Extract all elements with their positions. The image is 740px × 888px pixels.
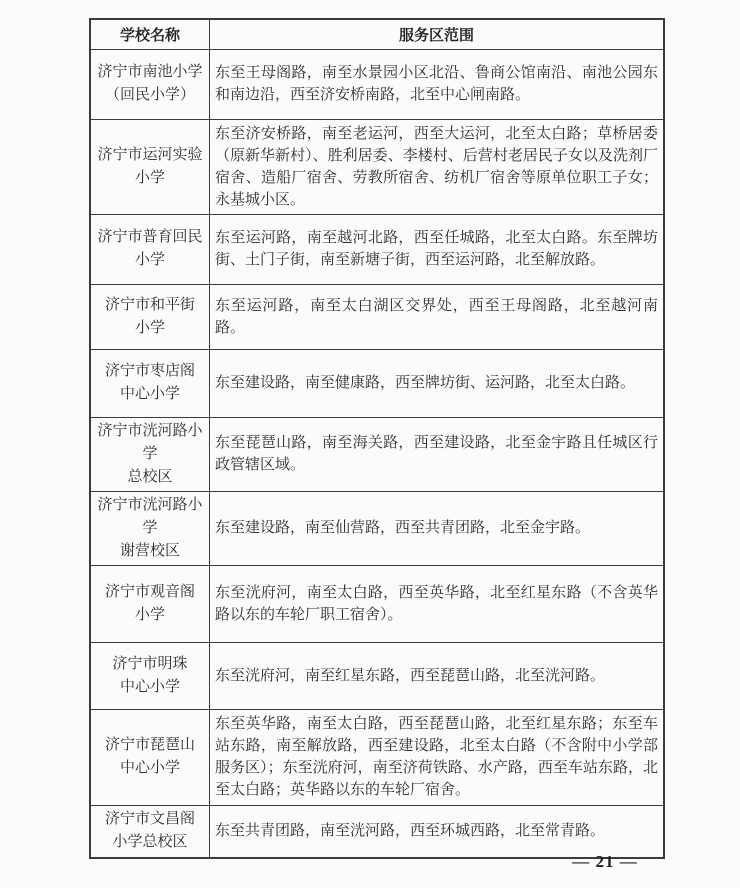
service-area-cell: 东至洸府河，南至红星东路，西至琵琶山路，北至洸河路。 (210, 642, 665, 709)
school-name-cell: 济宁市观音阁 小学 (90, 565, 210, 642)
table-header-row: 学校名称 服务区范围 (90, 19, 664, 49)
table-row: 济宁市洸河路小学 谢营校区 东至建设路，南至仙营路，西至共青团路，北至金宇路。 (90, 491, 664, 565)
school-name-cell: 济宁市枣店阁 中心小学 (90, 349, 210, 417)
table-row: 济宁市运河实验 小学 东至济安桥路，南至老运河，西至大运河，北至太白路；草桥居委… (90, 119, 664, 214)
service-area-cell: 东至共青团路，南至洸河路，西至环城西路，北至常青路。 (210, 805, 665, 858)
school-name-cell: 济宁市文昌阁 小学总校区 (90, 805, 210, 858)
service-area-cell: 东至运河路，南至越河北路，西至任城路，北至太白路。东至牌坊街、土门子街，南至新塘… (210, 214, 665, 284)
table-row: 济宁市枣店阁 中心小学 东至建设路，南至健康路，西至牌坊街、运河路，北至太白路。 (90, 349, 664, 417)
table-row: 济宁市文昌阁 小学总校区 东至共青团路，南至洸河路，西至环城西路，北至常青路。 (90, 805, 664, 858)
school-name-cell: 济宁市琵琶山 中心小学 (90, 709, 210, 805)
table-row: 济宁市洸河路小学 总校区 东至琵琶山路，南至海关路，西至建设路，北至金宇路且任城… (90, 417, 664, 491)
table-row: 济宁市南池小学 （回民小学） 东至王母阁路，南至水景园小区北沿、鲁商公馆南沿、南… (90, 49, 664, 119)
school-name-cell: 济宁市明珠 中心小学 (90, 642, 210, 709)
service-area-cell: 东至琵琶山路，南至海关路，西至建设路，北至金宇路且任城区行政管辖区域。 (210, 417, 665, 491)
service-area-cell: 东至建设路，南至健康路，西至牌坊街、运河路，北至太白路。 (210, 349, 665, 417)
service-area-cell: 东至济安桥路，南至老运河，西至大运河，北至太白路；草桥居委（原新华新村）、胜利居… (210, 119, 665, 214)
service-area-cell: 东至王母阁路，南至水景园小区北沿、鲁商公馆南沿、南池公园东和南边沿，西至济安桥南… (210, 49, 665, 119)
document-page: 学校名称 服务区范围 济宁市南池小学 （回民小学） 东至王母阁路，南至水景园小区… (0, 0, 740, 888)
school-name-cell: 济宁市普育回民 小学 (90, 214, 210, 284)
school-name-cell: 济宁市洸河路小学 谢营校区 (90, 491, 210, 565)
school-name-cell: 济宁市南池小学 （回民小学） (90, 49, 210, 119)
service-area-cell: 东至建设路，南至仙营路，西至共青团路，北至金宇路。 (210, 491, 665, 565)
service-area-cell: 东至运河路，南至太白湖区交界处，西至王母阁路，北至越河南路。 (210, 284, 665, 349)
table-row: 济宁市明珠 中心小学 东至洸府河，南至红星东路，西至琵琶山路，北至洸河路。 (90, 642, 664, 709)
school-service-area-table: 学校名称 服务区范围 济宁市南池小学 （回民小学） 东至王母阁路，南至水景园小区… (89, 18, 665, 859)
school-name-cell: 济宁市和平街 小学 (90, 284, 210, 349)
table-row: 济宁市琵琶山 中心小学 东至英华路，南至太白路，西至琵琶山路，北至红星东路；东至… (90, 709, 664, 805)
table-row: 济宁市普育回民 小学 东至运河路，南至越河北路，西至任城路，北至太白路。东至牌坊… (90, 214, 664, 284)
service-area-cell: 东至洸府河，南至太白路，西至英华路，北至红星东路（不含英华路以东的车轮厂职工宿舍… (210, 565, 665, 642)
service-area-cell: 东至英华路，南至太白路，西至琵琶山路，北至红星东路；东至车站东路，南至解放路，西… (210, 709, 665, 805)
school-name-cell: 济宁市运河实验 小学 (90, 119, 210, 214)
table-row: 济宁市和平街 小学 东至运河路，南至太白湖区交界处，西至王母阁路，北至越河南路。 (90, 284, 664, 349)
header-service-area: 服务区范围 (210, 19, 665, 49)
header-school-name: 学校名称 (90, 19, 210, 49)
table-row: 济宁市观音阁 小学 东至洸府河，南至太白路，西至英华路，北至红星东路（不含英华路… (90, 565, 664, 642)
page-number: — 21 — (545, 852, 665, 872)
school-name-cell: 济宁市洸河路小学 总校区 (90, 417, 210, 491)
